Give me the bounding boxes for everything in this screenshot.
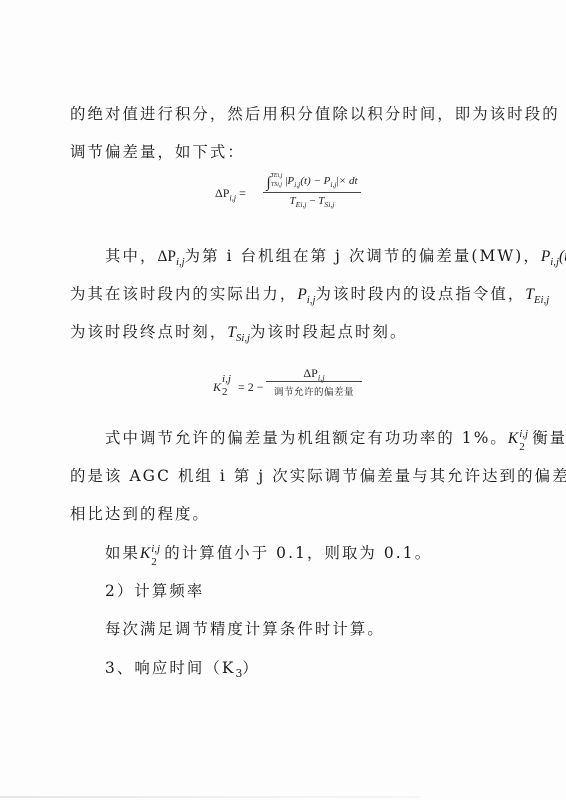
- fraction-denominator: 调节允许的偏差量: [266, 382, 362, 398]
- minus-sign: −: [307, 195, 319, 207]
- paragraph-text: 每次满足调节精度计算条件时计算。: [105, 620, 385, 638]
- document-page: 的绝对值进行积分，然后用积分值除以积分时间，即为该时段的 调节偏差量，如下式： …: [0, 0, 566, 800]
- paragraph-text: 为该时段内的设点指令值，: [315, 285, 525, 303]
- subscript: i,j: [318, 373, 325, 382]
- paragraph-line: 调节偏差量，如下式：: [70, 142, 245, 162]
- paragraph-text: 式中调节允许的偏差量为机组额定有功功率的 1%。: [105, 429, 508, 447]
- k-symbol: K: [213, 380, 221, 394]
- paragraph-text: 的计算值小于 0.1，则取为 0.1。: [164, 544, 432, 562]
- paragraph-text: 为其在该时段内的实际出力，: [70, 285, 297, 303]
- paragraph-line: 的是该 AGC 机组 i 第 j 次实际调节偏差量与其允许达到的偏差量: [70, 466, 566, 486]
- subscript: Ei,j: [534, 294, 549, 306]
- subscript: Si,j: [236, 332, 250, 344]
- formula-lhs: Ki,j2 = 2 −: [213, 377, 264, 399]
- paragraph-text: 的绝对值进行积分，然后用积分值除以积分时间，即为该时段的: [70, 105, 560, 123]
- p-symbol: P: [297, 286, 306, 303]
- scan-edge-shadow: [0, 796, 420, 798]
- formula-lhs: ΔPi,j =: [215, 186, 246, 202]
- k-symbol: K: [508, 430, 518, 447]
- paragraph-line: 式中调节允许的偏差量为机组额定有功功率的 1%。Ki,j2衡量: [105, 428, 566, 450]
- fraction-denominator: TEi,j − TSi,j: [263, 193, 361, 209]
- paragraph-line: 相比达到的程度。: [70, 504, 210, 524]
- formula-text: = 2 −: [235, 380, 264, 394]
- integral-upper-limit: TEi,j: [271, 173, 283, 179]
- paragraph-text: 为第 i 台机组在第 j 次调节的偏差量(MW)，: [185, 247, 541, 265]
- deviation-formula: ΔPi,j = ∫TEi,jTSi,j |Pi,j(t) − Pi,j|× dt…: [215, 171, 355, 219]
- math-symbol: Pi,j: [297, 286, 315, 303]
- subscript: 2: [151, 552, 157, 572]
- heading-text: ）: [242, 659, 260, 677]
- fraction: ∫TEi,jTSi,j |Pi,j(t) − Pi,j|× dt TEi,j −…: [263, 171, 361, 209]
- section-heading: 2）计算频率: [105, 581, 204, 601]
- sup-sub: i,j2: [518, 428, 532, 450]
- subscript: i,j: [550, 256, 559, 268]
- paragraph-text: 衡量: [532, 429, 566, 447]
- paragraph-line: 其中，ΔPi,j为第 i 台机组在第 j 次调节的偏差量(MW)，Pi,j(t): [105, 246, 566, 272]
- t-symbol: T: [525, 286, 534, 303]
- equals-sign: =: [239, 186, 246, 200]
- heading-text: 2）计算频率: [105, 582, 204, 600]
- heading-text: 3、响应时间（K: [105, 659, 235, 677]
- formula-text: × dt: [339, 175, 358, 187]
- subscript: Si,j: [324, 200, 334, 209]
- math-symbol: Pi,j(t): [541, 248, 566, 265]
- subscript: Ei,j: [296, 200, 307, 209]
- integral-lower-limit: TSi,j: [271, 182, 282, 188]
- paragraph-line: 为该时段终点时刻，TSi,j为该时段起点时刻。: [70, 322, 407, 348]
- paragraph-line: 如果Ki,j2的计算值小于 0.1，则取为 0.1。: [105, 543, 432, 565]
- paragraph-text: 调节偏差量，如下式：: [70, 143, 245, 161]
- paragraph-text: 如果: [105, 544, 140, 562]
- formula-text: (t) −: [300, 175, 323, 187]
- subscript: 2: [222, 386, 228, 398]
- paragraph-line: 的绝对值进行积分，然后用积分值除以积分时间，即为该时段的: [70, 104, 560, 124]
- math-arg: (t): [559, 248, 566, 265]
- t-symbol: T: [227, 324, 236, 341]
- paragraph-text: 的是该 AGC 机组 i 第 j 次实际调节偏差量与其允许达到的偏差量: [70, 467, 566, 485]
- math-symbol: ΔPi,j: [157, 248, 184, 265]
- k-symbol: K: [140, 545, 150, 562]
- superscript: i,j: [222, 373, 231, 385]
- delta-p-symbol: ΔP: [215, 186, 229, 200]
- paragraph-text: 其中，: [105, 247, 157, 265]
- section-heading: 3、响应时间（K3）: [105, 658, 260, 684]
- math-symbol: TEi,j: [525, 286, 549, 303]
- fraction-numerator: ΔPi,j: [266, 366, 362, 380]
- subscript: i,j: [229, 193, 236, 202]
- paragraph-text: 为该时段起点时刻。: [250, 323, 407, 341]
- integral-limits: TEi,jTSi,j: [271, 171, 283, 189]
- p-symbol: P: [541, 248, 550, 265]
- delta-p-symbol: ΔP: [303, 366, 317, 380]
- fraction: ΔPi,j 调节允许的偏差量: [266, 366, 362, 398]
- paragraph-text: 为该时段终点时刻，: [70, 323, 227, 341]
- paragraph-text: 相比达到的程度。: [70, 505, 210, 523]
- paragraph-line: 每次满足调节精度计算条件时计算。: [105, 619, 385, 639]
- sup-sub: i,j2: [150, 543, 164, 565]
- math-symbol: TSi,j: [227, 324, 250, 341]
- delta-p-symbol: ΔP: [157, 248, 175, 265]
- fraction-numerator: ∫TEi,jTSi,j |Pi,j(t) − Pi,j|× dt: [263, 171, 361, 190]
- subscript: 2: [519, 437, 525, 457]
- subscript: i,j: [176, 256, 185, 268]
- sup-sub: i,j2: [221, 377, 235, 399]
- paragraph-line: 为其在该时段内的实际出力，Pi,j为该时段内的设点指令值，TEi,j: [70, 284, 549, 310]
